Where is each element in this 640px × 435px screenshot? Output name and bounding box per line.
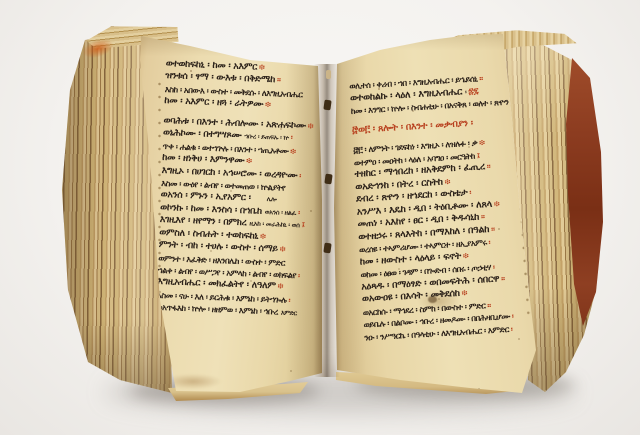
rubric-mark: ። bbox=[277, 76, 281, 85]
gloss-text: ፡ bbox=[465, 88, 467, 96]
rubric-mark: ፤ bbox=[302, 221, 305, 230]
rubric-mark: ። bbox=[491, 224, 495, 233]
rubric-mark: ፡ bbox=[493, 263, 495, 272]
rubric-mark: ፤ bbox=[477, 151, 480, 160]
rubric-mark: ፨ bbox=[265, 100, 271, 109]
rubric-mark: ፡ bbox=[291, 133, 293, 142]
rubric-mark: ። bbox=[487, 301, 491, 310]
rubric-mark: ፨ bbox=[278, 282, 284, 291]
geez-text: ወአጥፋእከ ፡ ኵሎ ፡ ዘዘምወ ፡ እምኔከ ፡ ኅቡረ bbox=[156, 302, 278, 317]
binding-stitch bbox=[323, 100, 331, 111]
rubric-mark: ፨ bbox=[463, 251, 469, 260]
rubric-mark: ፨ bbox=[290, 146, 295, 155]
red-smudge bbox=[380, 36, 406, 44]
binding-stitch bbox=[323, 243, 331, 254]
rubric-mark: ፨ bbox=[494, 199, 500, 208]
photo-of-open-manuscript: ወተወከፍከኒ ፡ ከመ ፡ አእምር፨ዝንቱሰ ፡ ፃማ ፡ ውእቱ ፡ በቅ… bbox=[0, 0, 640, 435]
geez-text: ፸ወ፫ ፡ ጸሎት ፡ በእንተ ፡ መቃብያን ፡ bbox=[352, 117, 474, 135]
rubric-mark: ። bbox=[481, 212, 485, 221]
rubric-mark: ፨ bbox=[246, 156, 252, 165]
binding-gutter bbox=[314, 64, 340, 377]
rubric-mark: ፷፯ bbox=[468, 86, 478, 96]
rubric-mark: ፡ bbox=[298, 271, 300, 280]
binding-thread bbox=[326, 70, 331, 79]
rubric-mark: ፡ bbox=[299, 171, 301, 180]
rubric-mark: ፨ bbox=[308, 121, 314, 130]
rubric-mark: ። bbox=[501, 274, 505, 283]
geez-text: ወኔሕኮሙ ፡ በተግሣጾሙ bbox=[163, 127, 242, 141]
rubric-mark: ፨ bbox=[259, 63, 265, 72]
gloss-text: ኀቡረ ፡ ይጠፍኡ ፡ ኵ bbox=[244, 132, 289, 142]
rubric-mark: ፡ bbox=[288, 296, 290, 305]
left-page-text-column: ወተወከፍከኒ ፡ ከመ ፡ አእምር፨ዝንቱሰ ፡ ፃማ ፡ ውእቱ ፡ በቅ… bbox=[156, 58, 328, 320]
rubric-mark: ። bbox=[479, 74, 483, 83]
rubric-mark: ፨ bbox=[260, 231, 266, 240]
rubric-mark: ፨ bbox=[479, 138, 485, 147]
rubric-mark: ፨ bbox=[444, 177, 450, 186]
rubric-mark: ፡ bbox=[512, 312, 514, 321]
gloss-text: ዚአከ ፡ መራሕከኒ ፡ ወሰ bbox=[249, 220, 299, 230]
rubric-mark: ። bbox=[487, 162, 491, 171]
rubric-mark: ፡ bbox=[298, 208, 300, 217]
binding-stitch bbox=[324, 174, 332, 185]
rubric-mark: ፡ bbox=[511, 324, 513, 333]
rubric-mark: ፨ bbox=[461, 288, 467, 297]
rubric-mark: ፨ bbox=[280, 245, 286, 254]
rubric-mark: ፡ bbox=[488, 238, 490, 247]
gloss-text: እምድር bbox=[281, 309, 297, 318]
gloss-text: ወአንሰ ፡ ዘልፈ bbox=[265, 208, 297, 217]
rubric-mark: ፡ bbox=[469, 188, 471, 197]
gloss-text: ሌሎ bbox=[266, 195, 276, 203]
